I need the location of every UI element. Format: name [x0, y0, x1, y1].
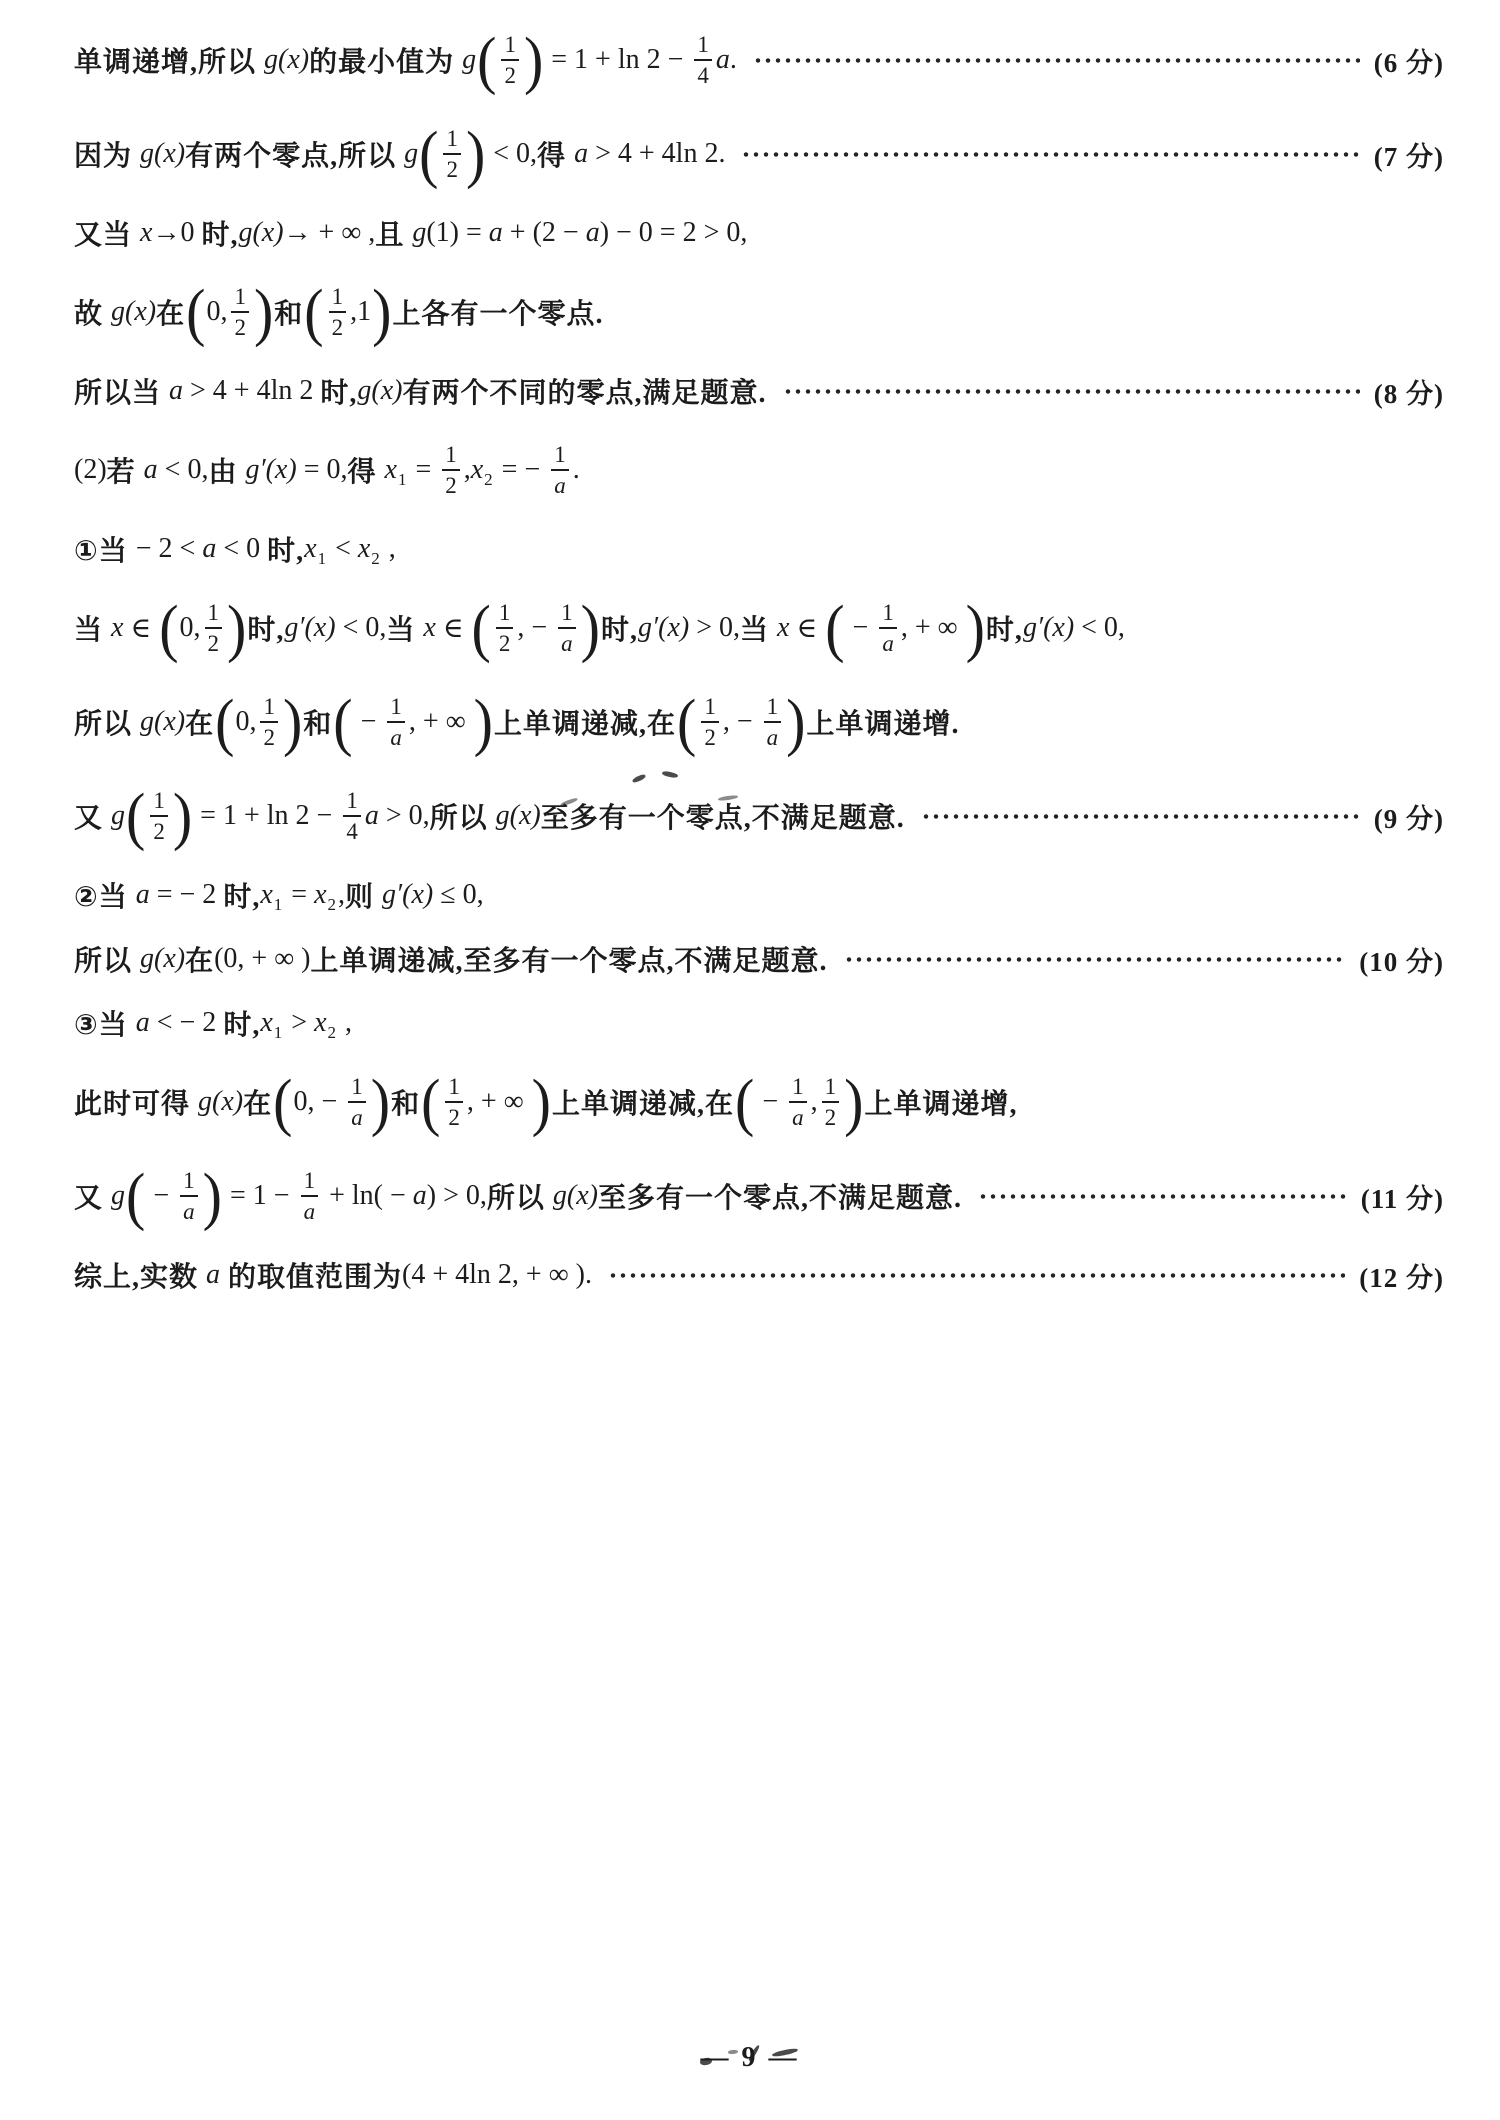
text-run: 和 [274, 292, 303, 332]
math-run: (0, + ∞ ) [214, 943, 310, 975]
page-number: — 9 — [701, 2042, 800, 2073]
dotted-leader [608, 1273, 1345, 1278]
subscript: 1 [318, 549, 327, 569]
fraction-numerator: 1 [180, 1169, 198, 1197]
fraction: 12 [496, 601, 514, 655]
math-run: = [408, 454, 438, 486]
fraction: 1a [180, 1169, 198, 1223]
solution-line-13: ③当 a < − 2 时,x1 > x2 , [74, 1002, 1444, 1044]
solution-line-9: 所以 g(x)在(0,12)和( − 1a, + ∞ )上单调递减,在(12, … [74, 686, 1444, 758]
text-run: 故 [74, 292, 111, 332]
fraction-denominator: 2 [701, 723, 719, 749]
text-run: 由 [208, 450, 245, 490]
math-run: = 1 − [223, 1180, 297, 1212]
math-var: g [111, 800, 125, 832]
text-run: 当 [74, 608, 111, 648]
math-run: = − 2 [150, 879, 224, 911]
fraction-numerator: 1 [879, 601, 897, 629]
math-run: < 0, [1074, 612, 1125, 644]
fraction: 1a [348, 1075, 366, 1129]
fraction: 12 [445, 1075, 463, 1129]
text-run: 在 [185, 939, 214, 979]
math-var: a [574, 138, 588, 170]
dotted-leader [844, 957, 1346, 962]
text-run: 和 [303, 702, 332, 742]
math-run: → + ∞ , [284, 217, 376, 249]
dotted-leader [753, 58, 1360, 63]
math-run: (2) [74, 454, 107, 486]
math-run: − [354, 706, 384, 738]
score-marker: (10 分) [1359, 940, 1444, 979]
text-run: 和 [391, 1082, 420, 1122]
fraction-numerator: 1 [501, 33, 519, 61]
fraction-denominator: 2 [445, 1103, 463, 1129]
fraction-denominator: 2 [443, 155, 461, 181]
math-run: = 0, [297, 454, 348, 486]
text-run: 所以 [74, 939, 140, 979]
math-var: a [206, 1259, 220, 1291]
solution-line-6: (2)若 a < 0,由 g′(x) = 0,得 x1 = 12,x2 = − … [74, 434, 1444, 506]
math-var: a [489, 217, 503, 249]
fraction-denominator: a [789, 1103, 807, 1129]
math-run: (1) = [426, 217, 488, 249]
subscript: 1 [274, 895, 283, 915]
text-run: 时, [223, 875, 260, 915]
math-var: x [385, 454, 397, 486]
text-run: 时, [247, 608, 284, 648]
math-run: < 0, [158, 454, 209, 486]
math-var: x [140, 217, 152, 249]
subscript: 1 [274, 1023, 283, 1043]
text-run: 当 [740, 608, 777, 648]
fraction-numerator: 1 [348, 1075, 366, 1103]
text-run: 此时可得 [74, 1082, 198, 1122]
math-var: g [412, 217, 426, 249]
math-run: + (2 − [503, 217, 586, 249]
text-run: 上单调递增, [864, 1082, 1017, 1122]
text-run: 有两个零点,所以 [185, 134, 404, 174]
solution-line-1: 单调递增,所以 g(x)的最小值为 g(12) = 1 + ln 2 − 14a… [74, 24, 1444, 96]
math-var: g′(x) [284, 612, 335, 644]
math-var: g(x) [238, 217, 283, 249]
solution-line-10: 又 g(12) = 1 + ln 2 − 14a > 0,所以 g(x)至多有一… [74, 780, 1444, 852]
math-var: x [260, 879, 272, 911]
text-run: 所以 [487, 1176, 553, 1216]
math-var: a [413, 1180, 427, 1212]
text-run: 综上,实数 [74, 1255, 206, 1295]
math-run: < 0 [216, 533, 267, 565]
fraction-numerator: 1 [764, 695, 782, 723]
math-run: < 0, [336, 612, 387, 644]
document-page: 单调递增,所以 g(x)的最小值为 g(12) = 1 + ln 2 − 14a… [0, 0, 1500, 1296]
subscripted-var: x2 [314, 1007, 338, 1039]
math-run: > [284, 1007, 314, 1039]
math-run: , + ∞ [901, 612, 965, 644]
score-marker: (7 分) [1374, 135, 1444, 174]
fraction: 1a [879, 601, 897, 655]
fraction: 12 [205, 601, 223, 655]
math-run: . [573, 454, 580, 486]
fraction-denominator: 2 [501, 61, 519, 87]
math-var: x [471, 454, 483, 486]
math-var: a [136, 879, 150, 911]
fraction-numerator: 1 [387, 695, 405, 723]
text-run: 上单调递减,在 [552, 1082, 734, 1122]
fraction: 12 [260, 695, 278, 749]
math-var: g [111, 1180, 125, 1212]
math-run: , − [723, 706, 760, 738]
subscripted-var: x2 [358, 533, 382, 565]
text-run: ②当 [74, 875, 136, 915]
fraction-numerator: 1 [301, 1169, 319, 1197]
fraction: 12 [822, 1075, 840, 1129]
fraction-denominator: a [387, 723, 405, 749]
solution-line-15: 又 g( − 1a) = 1 − 1a + ln( − a) > 0,所以 g(… [74, 1160, 1444, 1232]
text-run: 时, [223, 1003, 260, 1043]
fraction-denominator: 2 [150, 817, 168, 843]
text-run: 所以当 [74, 371, 169, 411]
math-run: ) − 0 = 2 > 0, [600, 217, 748, 249]
math-run: < − 2 [150, 1007, 224, 1039]
fraction-denominator: a [764, 723, 782, 749]
math-run: , [338, 1007, 352, 1039]
solution-line-7: ①当 − 2 < a < 0 时,x1 < x2 , [74, 528, 1444, 570]
fraction-numerator: 1 [694, 33, 712, 61]
solution-line-11: ②当 a = − 2 时,x1 = x2,则 g′(x) ≤ 0, [74, 874, 1444, 916]
math-var: g′(x) [1023, 612, 1074, 644]
scanned-page: { "page": { "ink_color": "#1c1c1c", "pap… [0, 0, 1500, 2120]
fraction-denominator: 4 [343, 817, 361, 843]
text-run: 时, [201, 213, 238, 253]
fraction-denominator: 2 [329, 313, 347, 339]
fraction: 1a [789, 1075, 807, 1129]
math-var: a [202, 533, 216, 565]
math-var: a [136, 1007, 150, 1039]
fraction-numerator: 1 [558, 601, 576, 629]
math-run: = [284, 879, 314, 911]
math-run: . [730, 44, 737, 76]
text-run: 因为 [74, 134, 140, 174]
score-marker: (9 分) [1374, 797, 1444, 836]
math-run: →0 [152, 217, 201, 249]
math-run: 0, − [293, 1086, 344, 1118]
math-run: > 0, [689, 612, 740, 644]
math-var: x [358, 533, 370, 565]
subscripted-var: x2 [314, 879, 338, 911]
math-run: > 4 + 4ln 2. [588, 138, 725, 170]
fraction-numerator: 1 [789, 1075, 807, 1103]
subscript: 2 [328, 895, 337, 915]
math-var: g(x) [496, 800, 541, 832]
math-run: , + ∞ [409, 706, 473, 738]
math-var: g(x) [140, 706, 185, 738]
math-run: , [811, 1086, 818, 1118]
math-var: x [111, 612, 123, 644]
math-var: a [144, 454, 158, 486]
text-run: 至多有一个零点,不满足题意. [598, 1176, 962, 1216]
math-run: ∈ [123, 611, 158, 645]
math-run: < 0, [486, 138, 537, 170]
text-run: 得 [537, 134, 574, 174]
text-run: 上单调递减,至多有一个零点,不满足题意. [311, 939, 828, 979]
fraction: 12 [442, 443, 460, 497]
subscripted-var: x1 [304, 533, 328, 565]
math-var: x [423, 612, 435, 644]
math-var: g(x) [357, 375, 402, 407]
fraction-denominator: a [348, 1103, 366, 1129]
math-run: ) > 0, [427, 1180, 487, 1212]
fraction-numerator: 1 [496, 601, 514, 629]
fraction-numerator: 1 [701, 695, 719, 723]
fraction-denominator: 2 [260, 723, 278, 749]
fraction-denominator: 2 [496, 629, 514, 655]
score-marker: (6 分) [1374, 41, 1444, 80]
math-var: g [404, 138, 418, 170]
text-run: 在 [243, 1082, 272, 1122]
fraction-denominator: a [180, 1197, 198, 1223]
fraction-denominator: 2 [822, 1103, 840, 1129]
text-run: 上单调递增. [806, 702, 959, 742]
math-var: a [169, 375, 183, 407]
math-var: g′(x) [382, 879, 433, 911]
text-run: 又 [74, 796, 111, 836]
fraction: 1a [301, 1169, 319, 1223]
score-marker: (11 分) [1361, 1177, 1444, 1216]
fraction-numerator: 1 [443, 127, 461, 155]
text-run: 时, [267, 529, 304, 569]
subscripted-var: x1 [260, 1007, 284, 1039]
fraction-numerator: 1 [231, 285, 249, 313]
text-run: 又当 [74, 213, 140, 253]
fraction-numerator: 1 [205, 601, 223, 629]
text-run: 所以 [74, 702, 140, 742]
fraction: 12 [443, 127, 461, 181]
fraction: 12 [701, 695, 719, 749]
dotted-leader [783, 389, 1360, 394]
solution-line-16: 综上,实数 a 的取值范围为(4 + 4ln 2, + ∞ ).(12 分) [74, 1254, 1444, 1296]
fraction-numerator: 1 [150, 789, 168, 817]
text-run: 上各有一个零点. [392, 292, 603, 332]
math-var: x [260, 1007, 272, 1039]
fraction-denominator: 4 [694, 61, 712, 87]
fraction-numerator: 1 [445, 1075, 463, 1103]
text-run: 时, [986, 608, 1023, 648]
math-var: x [314, 879, 326, 911]
text-run: 上单调递减,在 [494, 702, 676, 742]
math-var: g′(x) [245, 454, 296, 486]
math-var: g(x) [553, 1180, 598, 1212]
math-var: x [314, 1007, 326, 1039]
fraction: 14 [343, 789, 361, 843]
math-run: 0, [235, 706, 256, 738]
subscripted-var: x1 [260, 879, 284, 911]
dotted-leader [921, 814, 1360, 819]
text-run: 在 [185, 702, 214, 742]
fraction-denominator: a [551, 471, 569, 497]
math-run: − [146, 1180, 176, 1212]
subscripted-var: x2 [471, 454, 495, 486]
solution-line-2: 因为 g(x)有两个零点,所以 g(12) < 0,得 a > 4 + 4ln … [74, 118, 1444, 190]
math-var: g [462, 44, 476, 76]
math-run: , [382, 533, 396, 565]
math-var: g′(x) [638, 612, 689, 644]
math-run: ∈ [789, 611, 824, 645]
subscript: 1 [398, 470, 407, 490]
text-run: 单调递增,所以 [74, 40, 264, 80]
fraction-numerator: 1 [260, 695, 278, 723]
solution-line-3: 又当 x→0 时,g(x)→ + ∞ ,且 g(1) = a + (2 − a)… [74, 212, 1444, 254]
math-var: g(x) [140, 943, 185, 975]
fraction-numerator: 1 [822, 1075, 840, 1103]
text-run: 时, [601, 608, 638, 648]
fraction-denominator: a [879, 629, 897, 655]
math-run: ,1 [350, 296, 371, 328]
solution-line-8: 当 x ∈ (0,12)时,g′(x) < 0,当 x ∈ (12, − 1a)… [74, 592, 1444, 664]
math-run: = 1 + ln 2 − [193, 800, 339, 832]
math-run: = − [495, 454, 548, 486]
fraction-denominator: a [301, 1197, 319, 1223]
math-run: − 2 < [136, 533, 203, 565]
math-var: g(x) [198, 1086, 243, 1118]
math-run: ≤ 0, [433, 879, 483, 911]
math-var: g(x) [111, 296, 156, 328]
solution-line-12: 所以 g(x)在(0, + ∞ )上单调递减,至多有一个零点,不满足题意.(10… [74, 938, 1444, 980]
fraction-numerator: 1 [343, 789, 361, 817]
fraction-numerator: 1 [442, 443, 460, 471]
math-run: , − [517, 612, 554, 644]
math-var: g(x) [264, 44, 309, 76]
math-run: < [328, 533, 358, 565]
math-run: (4 + 4ln 2, + ∞ ). [402, 1259, 592, 1291]
text-run: ①当 [74, 529, 136, 569]
text-run: ③当 [74, 1003, 136, 1043]
math-run: > 0, [379, 800, 430, 832]
text-run: 至多有一个零点,不满足题意. [541, 796, 905, 836]
math-run: − [755, 1086, 785, 1118]
solution-content: 单调递增,所以 g(x)的最小值为 g(12) = 1 + ln 2 − 14a… [74, 24, 1444, 1296]
text-run: 当 [386, 608, 423, 648]
math-run: > 4 + 4ln 2 [183, 375, 320, 407]
dotted-leader [978, 1194, 1347, 1199]
math-run: , [338, 879, 345, 911]
math-run: − [846, 612, 876, 644]
fraction: 12 [501, 33, 519, 87]
math-var: a [365, 800, 379, 832]
fraction-denominator: 2 [231, 313, 249, 339]
fraction: 14 [694, 33, 712, 87]
text-run: 有两个不同的零点,满足题意. [402, 371, 766, 411]
subscript: 2 [328, 1023, 337, 1043]
score-marker: (12 分) [1359, 1256, 1444, 1295]
fraction: 1a [387, 695, 405, 749]
score-marker: (8 分) [1374, 372, 1444, 411]
text-run: 且 [375, 213, 412, 253]
text-run: 若 [107, 450, 144, 490]
solution-line-5: 所以当 a > 4 + 4ln 2 时,g(x)有两个不同的零点,满足题意.(8… [74, 370, 1444, 412]
fraction: 1a [764, 695, 782, 749]
math-run: 0, [206, 296, 227, 328]
dotted-leader [741, 152, 1359, 157]
solution-line-4: 故 g(x)在(0,12)和(12,1)上各有一个零点. [74, 276, 1444, 348]
math-var: g(x) [140, 138, 185, 170]
text-run: 的取值范围为 [220, 1255, 402, 1295]
math-var: x [777, 612, 789, 644]
math-run: , [464, 454, 471, 486]
fraction: 1a [551, 443, 569, 497]
math-run: ∈ [436, 611, 471, 645]
fraction-numerator: 1 [329, 285, 347, 313]
text-run: 得 [347, 450, 384, 490]
fraction: 12 [231, 285, 249, 339]
fraction: 12 [150, 789, 168, 843]
math-run: = 1 + ln 2 − [544, 44, 690, 76]
subscript: 2 [484, 470, 493, 490]
text-run: 的最小值为 [309, 40, 462, 80]
subscript: 2 [371, 549, 380, 569]
solution-line-14: 此时可得 g(x)在(0, − 1a)和(12, + ∞ )上单调递减,在( −… [74, 1066, 1444, 1138]
fraction-numerator: 1 [551, 443, 569, 471]
math-run: 0, [180, 612, 201, 644]
subscripted-var: x1 [385, 454, 409, 486]
text-run: 在 [156, 292, 185, 332]
math-run: + ln( − [322, 1180, 413, 1212]
math-var: x [304, 533, 316, 565]
fraction: 12 [329, 285, 347, 339]
fraction-denominator: a [558, 629, 576, 655]
text-run: 则 [345, 875, 382, 915]
fraction: 1a [558, 601, 576, 655]
text-run: 时, [320, 371, 357, 411]
page-footer: — 9 — [0, 2042, 1500, 2074]
fraction-denominator: 2 [442, 471, 460, 497]
fraction-denominator: 2 [205, 629, 223, 655]
math-var: a [716, 44, 730, 76]
text-run: 又 [74, 1176, 111, 1216]
math-run: , + ∞ [467, 1086, 531, 1118]
text-run: 所以 [430, 796, 496, 836]
math-var: a [586, 217, 600, 249]
